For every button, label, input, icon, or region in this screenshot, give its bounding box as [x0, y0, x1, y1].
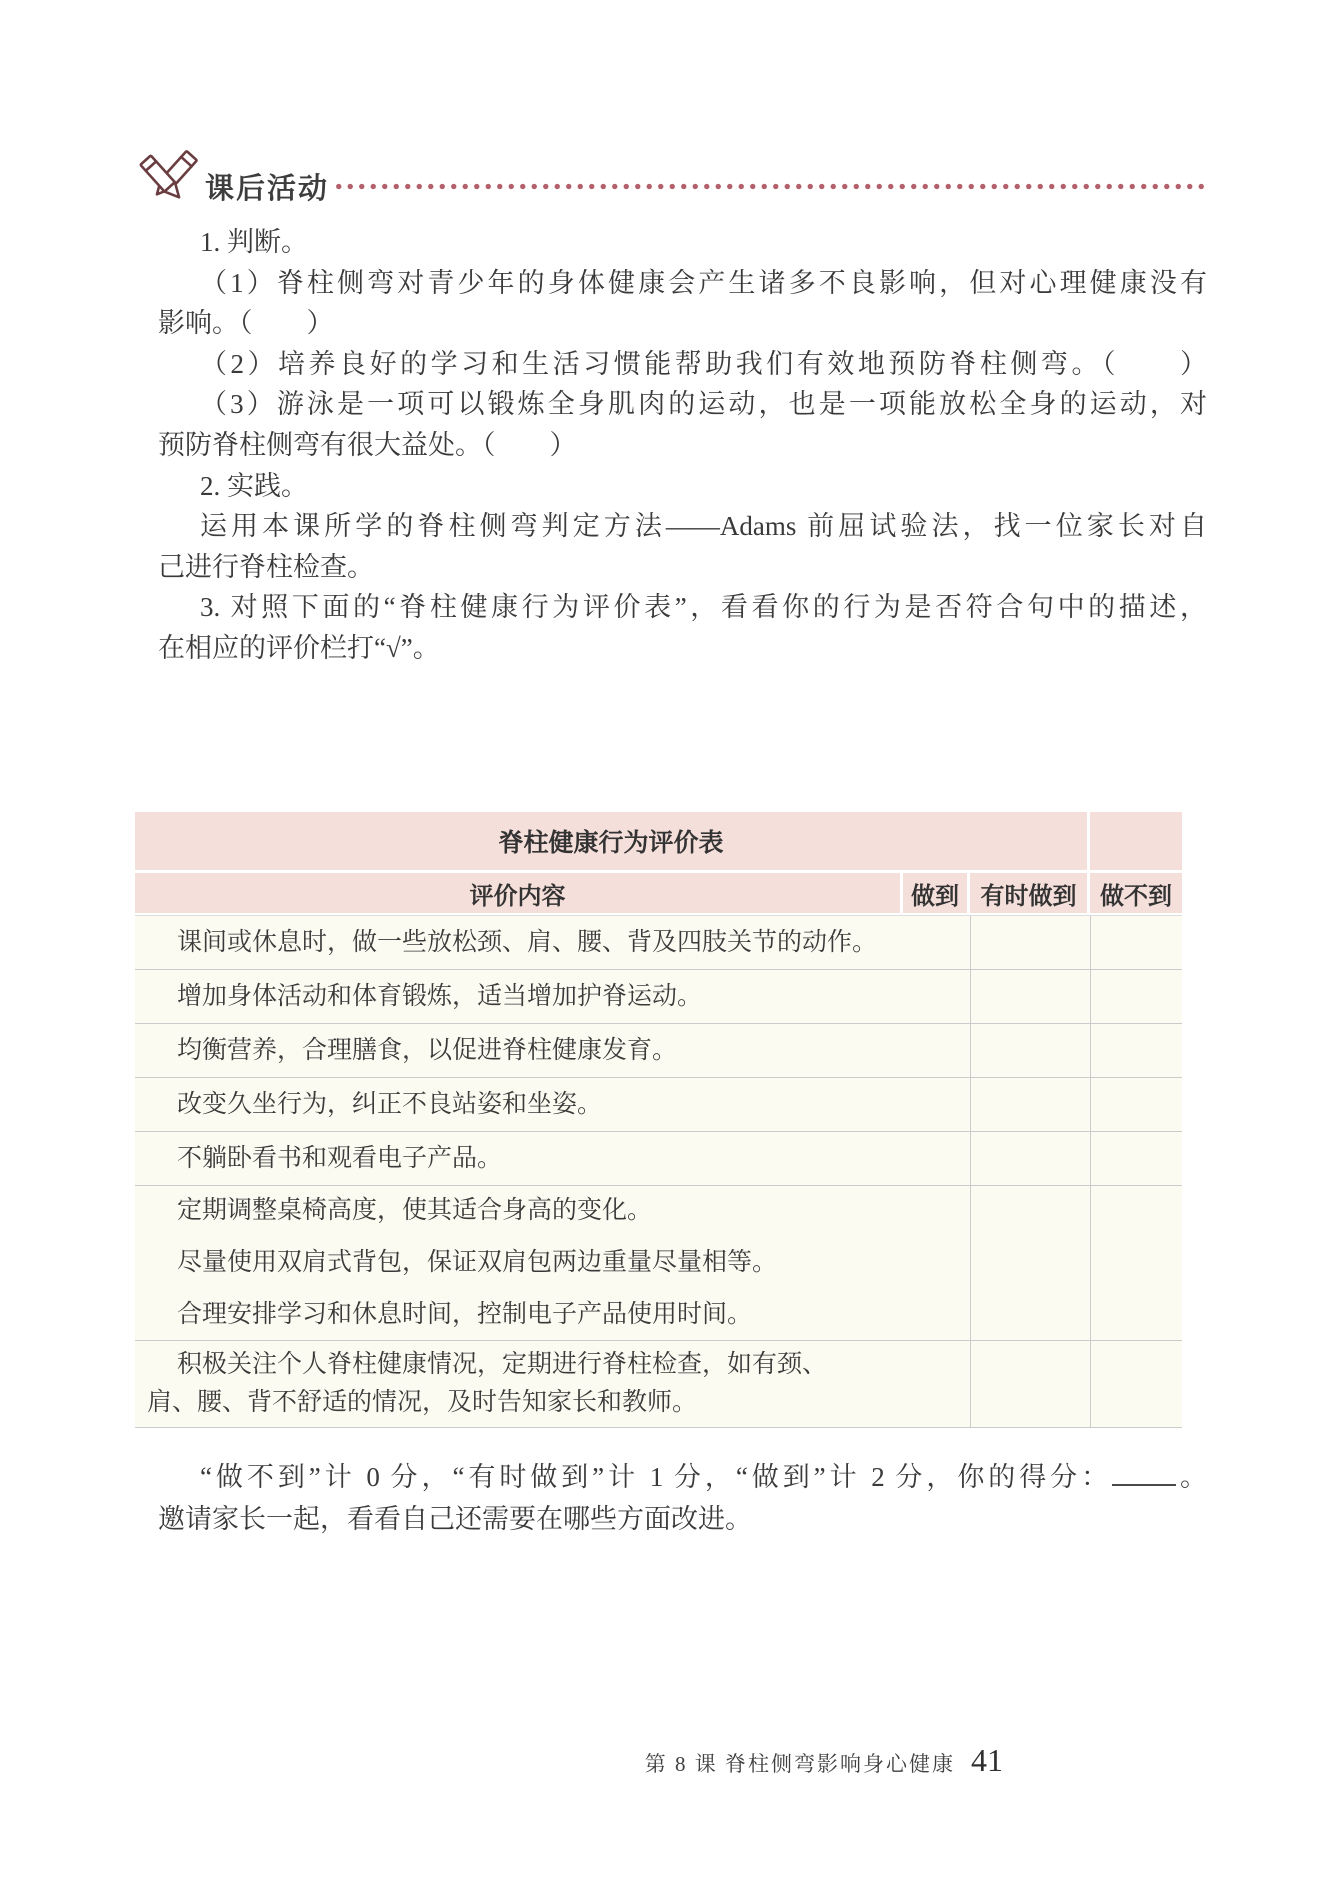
behavior-line: 尽量使用双肩式背包，保证双肩包两边重量尽量相等。 [147, 1237, 897, 1289]
table-row: 积极关注个人脊柱健康情况，定期进行脊柱检查，如有颈、肩、腰、背不舒适的情况，及时… [135, 1341, 1182, 1427]
table-row: 增加身体活动和体育锻炼，适当增加护脊运动。 [135, 970, 1182, 1024]
text-line: 2. 实践。 [158, 466, 1207, 507]
check-cell-not-done[interactable] [1090, 1078, 1182, 1131]
behavior-line: 增加身体活动和体育锻炼，适当增加护脊运动。 [147, 977, 897, 1017]
behavior-text: 改变久坐行为，纠正不良站姿和坐姿。 [135, 1078, 903, 1131]
evaluation-table: 脊柱健康行为评价表 评价内容做到有时做到做不到 课间或休息时，做一些放松颈、肩、… [135, 812, 1182, 1428]
check-cell-not-done[interactable] [1090, 916, 1182, 969]
check-cell-done[interactable] [903, 916, 970, 969]
behavior-line: 肩、腰、背不舒适的情况，及时告知家长和教师。 [147, 1384, 897, 1422]
text-line: （3）游泳是一项可以锻炼全身肌肉的运动，也是一项能放松全身的运动，对 [158, 384, 1207, 425]
page-footer: 第 8 课 脊柱侧弯影响身心健康 41 [158, 1742, 1003, 1779]
check-cell-done[interactable] [903, 1341, 970, 1427]
text-line: 影响。（ ） [158, 303, 1207, 344]
check-cell-sometimes[interactable] [970, 1132, 1090, 1185]
exercise-text: 1. 判断。（1）脊柱侧弯对青少年的身体健康会产生诸多不良影响，但对心理健康没有… [158, 222, 1207, 669]
text-line: 预防脊柱侧弯有很大益处。（ ） [158, 425, 1207, 466]
text-line: 在相应的评价栏打“√”。 [158, 628, 1207, 669]
page-number: 41 [971, 1742, 1003, 1779]
check-cell-sometimes[interactable] [970, 1078, 1090, 1131]
behavior-line: 定期调整桌椅高度，使其适合身高的变化。 [147, 1185, 897, 1237]
check-cell-not-done[interactable] [1090, 1186, 1182, 1340]
behavior-text: 增加身体活动和体育锻炼，适当增加护脊运动。 [135, 970, 903, 1023]
table-title-row: 脊柱健康行为评价表 [135, 812, 1182, 870]
behavior-line: 课间或休息时，做一些放松颈、肩、腰、背及四肢关节的动作。 [147, 923, 897, 963]
check-cell-sometimes[interactable] [970, 1341, 1090, 1427]
text-line: 运用本课所学的脊柱侧弯判定方法——Adams 前屈试验法，找一位家长对自 [158, 506, 1207, 547]
table-row: 课间或休息时，做一些放松颈、肩、腰、背及四肢关节的动作。 [135, 916, 1182, 970]
dotted-divider [333, 182, 1207, 191]
text-line: （1）脊柱侧弯对青少年的身体健康会产生诸多不良影响，但对心理健康没有 [158, 263, 1207, 304]
table-row: 定期调整桌椅高度，使其适合身高的变化。尽量使用双肩式背包，保证双肩包两边重量尽量… [135, 1186, 1182, 1341]
column-header: 有时做到 [970, 873, 1087, 913]
table-row: 均衡营养，合理膳食，以促进脊柱健康发育。 [135, 1024, 1182, 1078]
behavior-text: 不躺卧看书和观看电子产品。 [135, 1132, 903, 1185]
check-cell-sometimes[interactable] [970, 1024, 1090, 1077]
scoring-text: “做不到”计 0 分，“有时做到”计 1 分，“做到”计 2 分，你的得分： [200, 1462, 1112, 1492]
check-cell-sometimes[interactable] [970, 916, 1090, 969]
behavior-text: 定期调整桌椅高度，使其适合身高的变化。尽量使用双肩式背包，保证双肩包两边重量尽量… [135, 1186, 903, 1340]
column-header: 评价内容 [135, 873, 900, 913]
text-line: 己进行脊柱检查。 [158, 547, 1207, 588]
scoring-line: “做不到”计 0 分，“有时做到”计 1 分，“做到”计 2 分，你的得分：。 [158, 1456, 1207, 1498]
lesson-title: 第 8 课 脊柱侧弯影响身心健康 [645, 1748, 955, 1778]
table-header-row: 评价内容做到有时做到做不到 [135, 873, 1182, 913]
table-body: 课间或休息时，做一些放松颈、肩、腰、背及四肢关节的动作。增加身体活动和体育锻炼，… [135, 915, 1182, 1428]
check-cell-sometimes[interactable] [970, 1186, 1090, 1340]
check-cell-done[interactable] [903, 1078, 970, 1131]
text-line: （2）培养良好的学习和生活习惯能帮助我们有效地预防脊柱侧弯。（ ） [158, 344, 1207, 385]
behavior-line: 积极关注个人脊柱健康情况，定期进行脊柱检查，如有颈、 [147, 1346, 897, 1384]
score-blank[interactable] [1112, 1462, 1176, 1486]
text-line: 1. 判断。 [158, 222, 1207, 263]
section-title: 课后活动 [205, 166, 329, 207]
table-title-spacer [1090, 812, 1182, 870]
scoring-note: “做不到”计 0 分，“有时做到”计 1 分，“做到”计 2 分，你的得分：。 … [158, 1456, 1207, 1540]
check-cell-not-done[interactable] [1090, 1132, 1182, 1185]
textbook-page: 课后活动 1. 判断。（1）脊柱侧弯对青少年的身体健康会产生诸多不良影响，但对心… [0, 0, 1332, 1884]
table-title: 脊柱健康行为评价表 [135, 812, 1087, 870]
invite-line: 邀请家长一起，看看自己还需要在哪些方面改进。 [158, 1498, 1207, 1540]
behavior-line: 均衡营养，合理膳食，以促进脊柱健康发育。 [147, 1031, 897, 1071]
behavior-text: 均衡营养，合理膳食，以促进脊柱健康发育。 [135, 1024, 903, 1077]
behavior-line: 改变久坐行为，纠正不良站姿和坐姿。 [147, 1085, 897, 1125]
behavior-text: 积极关注个人脊柱健康情况，定期进行脊柱检查，如有颈、肩、腰、背不舒适的情况，及时… [135, 1341, 903, 1427]
check-cell-not-done[interactable] [1090, 1024, 1182, 1077]
behavior-text: 课间或休息时，做一些放松颈、肩、腰、背及四肢关节的动作。 [135, 916, 903, 969]
behavior-line: 合理安排学习和休息时间，控制电子产品使用时间。 [147, 1289, 897, 1341]
table-row: 不躺卧看书和观看电子产品。 [135, 1132, 1182, 1186]
check-cell-sometimes[interactable] [970, 970, 1090, 1023]
check-cell-done[interactable] [903, 970, 970, 1023]
column-header: 做到 [903, 873, 967, 913]
crossed-pencils-icon [136, 146, 200, 218]
check-cell-done[interactable] [903, 1186, 970, 1340]
check-cell-not-done[interactable] [1090, 970, 1182, 1023]
table-row: 改变久坐行为，纠正不良站姿和坐姿。 [135, 1078, 1182, 1132]
column-header: 做不到 [1090, 873, 1182, 913]
check-cell-not-done[interactable] [1090, 1341, 1182, 1427]
scoring-text-end: 。 [1176, 1462, 1207, 1492]
check-cell-done[interactable] [903, 1024, 970, 1077]
check-cell-done[interactable] [903, 1132, 970, 1185]
text-line: 3. 对照下面的“脊柱健康行为评价表”，看看你的行为是否符合句中的描述， [158, 587, 1207, 628]
behavior-line: 不躺卧看书和观看电子产品。 [147, 1139, 897, 1179]
